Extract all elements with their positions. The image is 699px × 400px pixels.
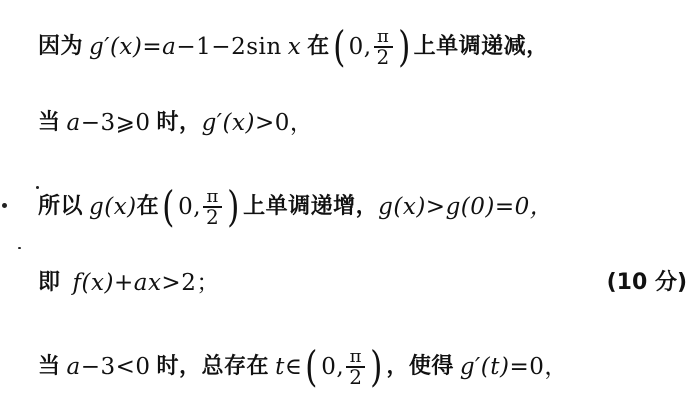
scan-speck xyxy=(18,247,21,249)
fraction-numerator: π xyxy=(203,188,221,206)
math-expression: g(x)>g(0)=0， xyxy=(378,192,553,222)
math-expression: =0， xyxy=(509,352,567,382)
text-segment: 时，总存在 xyxy=(157,352,270,382)
right-paren: ) xyxy=(227,192,240,222)
fraction-pi-over-2: π 2 xyxy=(203,188,222,226)
text-segment: 所以 xyxy=(38,192,83,222)
text-line-3: 所以 g(x) 在 ( 0, π 2 ) 上单调递增， g(x)>g(0)=0， xyxy=(38,188,553,226)
interval-start: 0, xyxy=(178,192,201,222)
text-segment: 当 xyxy=(38,108,61,138)
text-segment: 因为 xyxy=(38,32,83,62)
text-line-1: 因为 g′(x) = a −1−2sin x 在 ( 0, π 2 ) 上单调递… xyxy=(38,28,549,66)
text-segment: 上单调递减， xyxy=(414,32,549,62)
scan-speck xyxy=(2,203,7,208)
text-segment: 时， xyxy=(157,108,202,138)
text-segment: 上单调递增， xyxy=(243,192,378,222)
math-operator: + xyxy=(114,268,134,298)
fraction-numerator: π xyxy=(374,28,392,46)
math-expression: ax xyxy=(134,268,162,298)
text-line-5: 当 a −3<0 时，总存在 t ∈ ( 0, π 2 ) ，使得 g′(t) … xyxy=(38,348,568,386)
text-segment: 即 xyxy=(38,268,61,298)
left-paren: ( xyxy=(162,192,175,222)
fraction-pi-over-2: π 2 xyxy=(374,28,393,66)
score-label: (10 分) xyxy=(607,268,687,298)
math-expression: −1−2sin xyxy=(176,32,281,62)
left-paren: ( xyxy=(333,32,346,62)
math-expression: g(x) xyxy=(89,192,137,222)
math-expression: g′(t) xyxy=(460,352,510,382)
text-segment: 当 xyxy=(38,352,61,382)
text-segment: 在 xyxy=(137,192,160,222)
math-expression: >2； xyxy=(161,268,219,298)
text-line-4: 即 f(x) + ax >2； xyxy=(38,268,220,298)
interval-start: 0, xyxy=(349,32,372,62)
math-expression: −3<0 xyxy=(81,352,151,382)
fraction-denominator: 2 xyxy=(374,48,393,66)
text-line-2: 当 a −3⩾0 时， g′(x) >0， xyxy=(38,108,313,138)
math-expression: −3⩾0 xyxy=(81,108,151,138)
text-segment: 在 xyxy=(307,32,330,62)
right-paren: ) xyxy=(398,32,411,62)
math-expression: >0， xyxy=(255,108,313,138)
right-paren: ) xyxy=(371,352,384,382)
fraction-denominator: 2 xyxy=(346,368,365,386)
math-operator: = xyxy=(142,32,162,62)
math-variable: a xyxy=(67,352,81,382)
math-variable: t xyxy=(275,352,285,382)
interval-start: 0, xyxy=(321,352,344,382)
fraction-numerator: π xyxy=(347,348,365,366)
fraction-pi-over-2: π 2 xyxy=(346,348,365,386)
text-segment: ，使得 xyxy=(386,352,454,382)
scan-speck xyxy=(36,186,39,189)
math-expression: g′(x) xyxy=(202,108,255,138)
fraction-denominator: 2 xyxy=(203,208,222,226)
math-operator: ∈ xyxy=(285,352,303,382)
math-expression: f(x) xyxy=(73,268,114,298)
math-variable: a xyxy=(67,108,81,138)
math-variable: x xyxy=(288,32,301,62)
math-variable: a xyxy=(162,32,176,62)
math-expression: g′(x) xyxy=(89,32,142,62)
left-paren: ( xyxy=(305,352,318,382)
